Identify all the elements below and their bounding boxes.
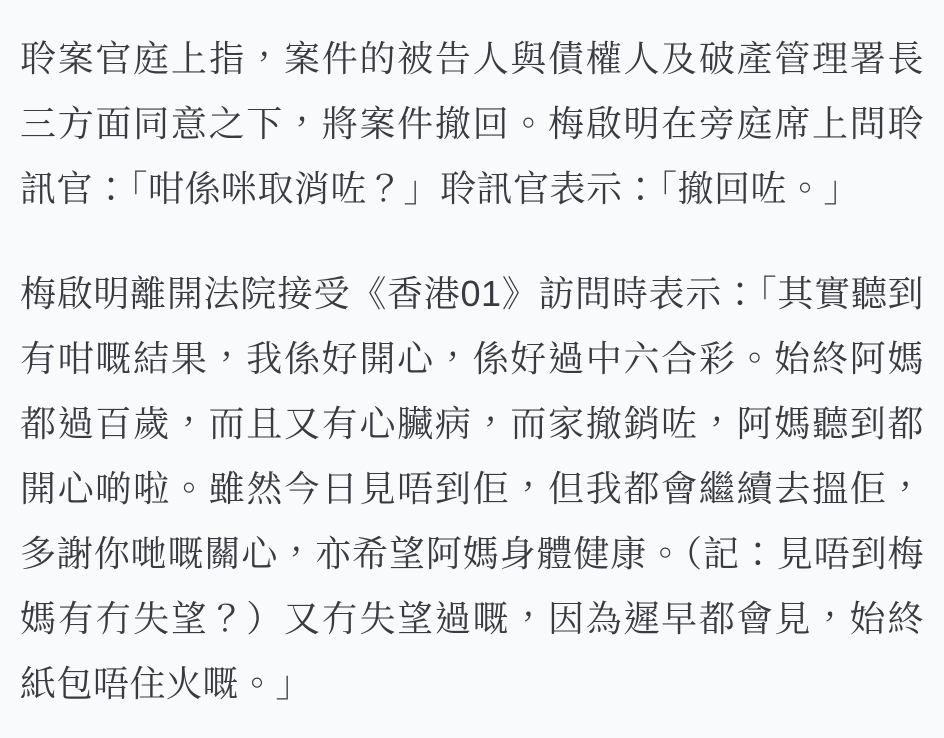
article-body: 聆案官庭上指，案件的被告人與債權人及破產管理署長三方面同意之下，將案件撤回。梅啟… xyxy=(0,0,944,716)
article-paragraph: 梅啟明離開法院接受《香港01》訪問時表示：「其實聽到有咁嘅結果，我係好開心，係好… xyxy=(20,261,924,716)
article-paragraph: 聆案官庭上指，案件的被告人與債權人及破產管理署長三方面同意之下，將案件撤回。梅啟… xyxy=(20,26,924,221)
